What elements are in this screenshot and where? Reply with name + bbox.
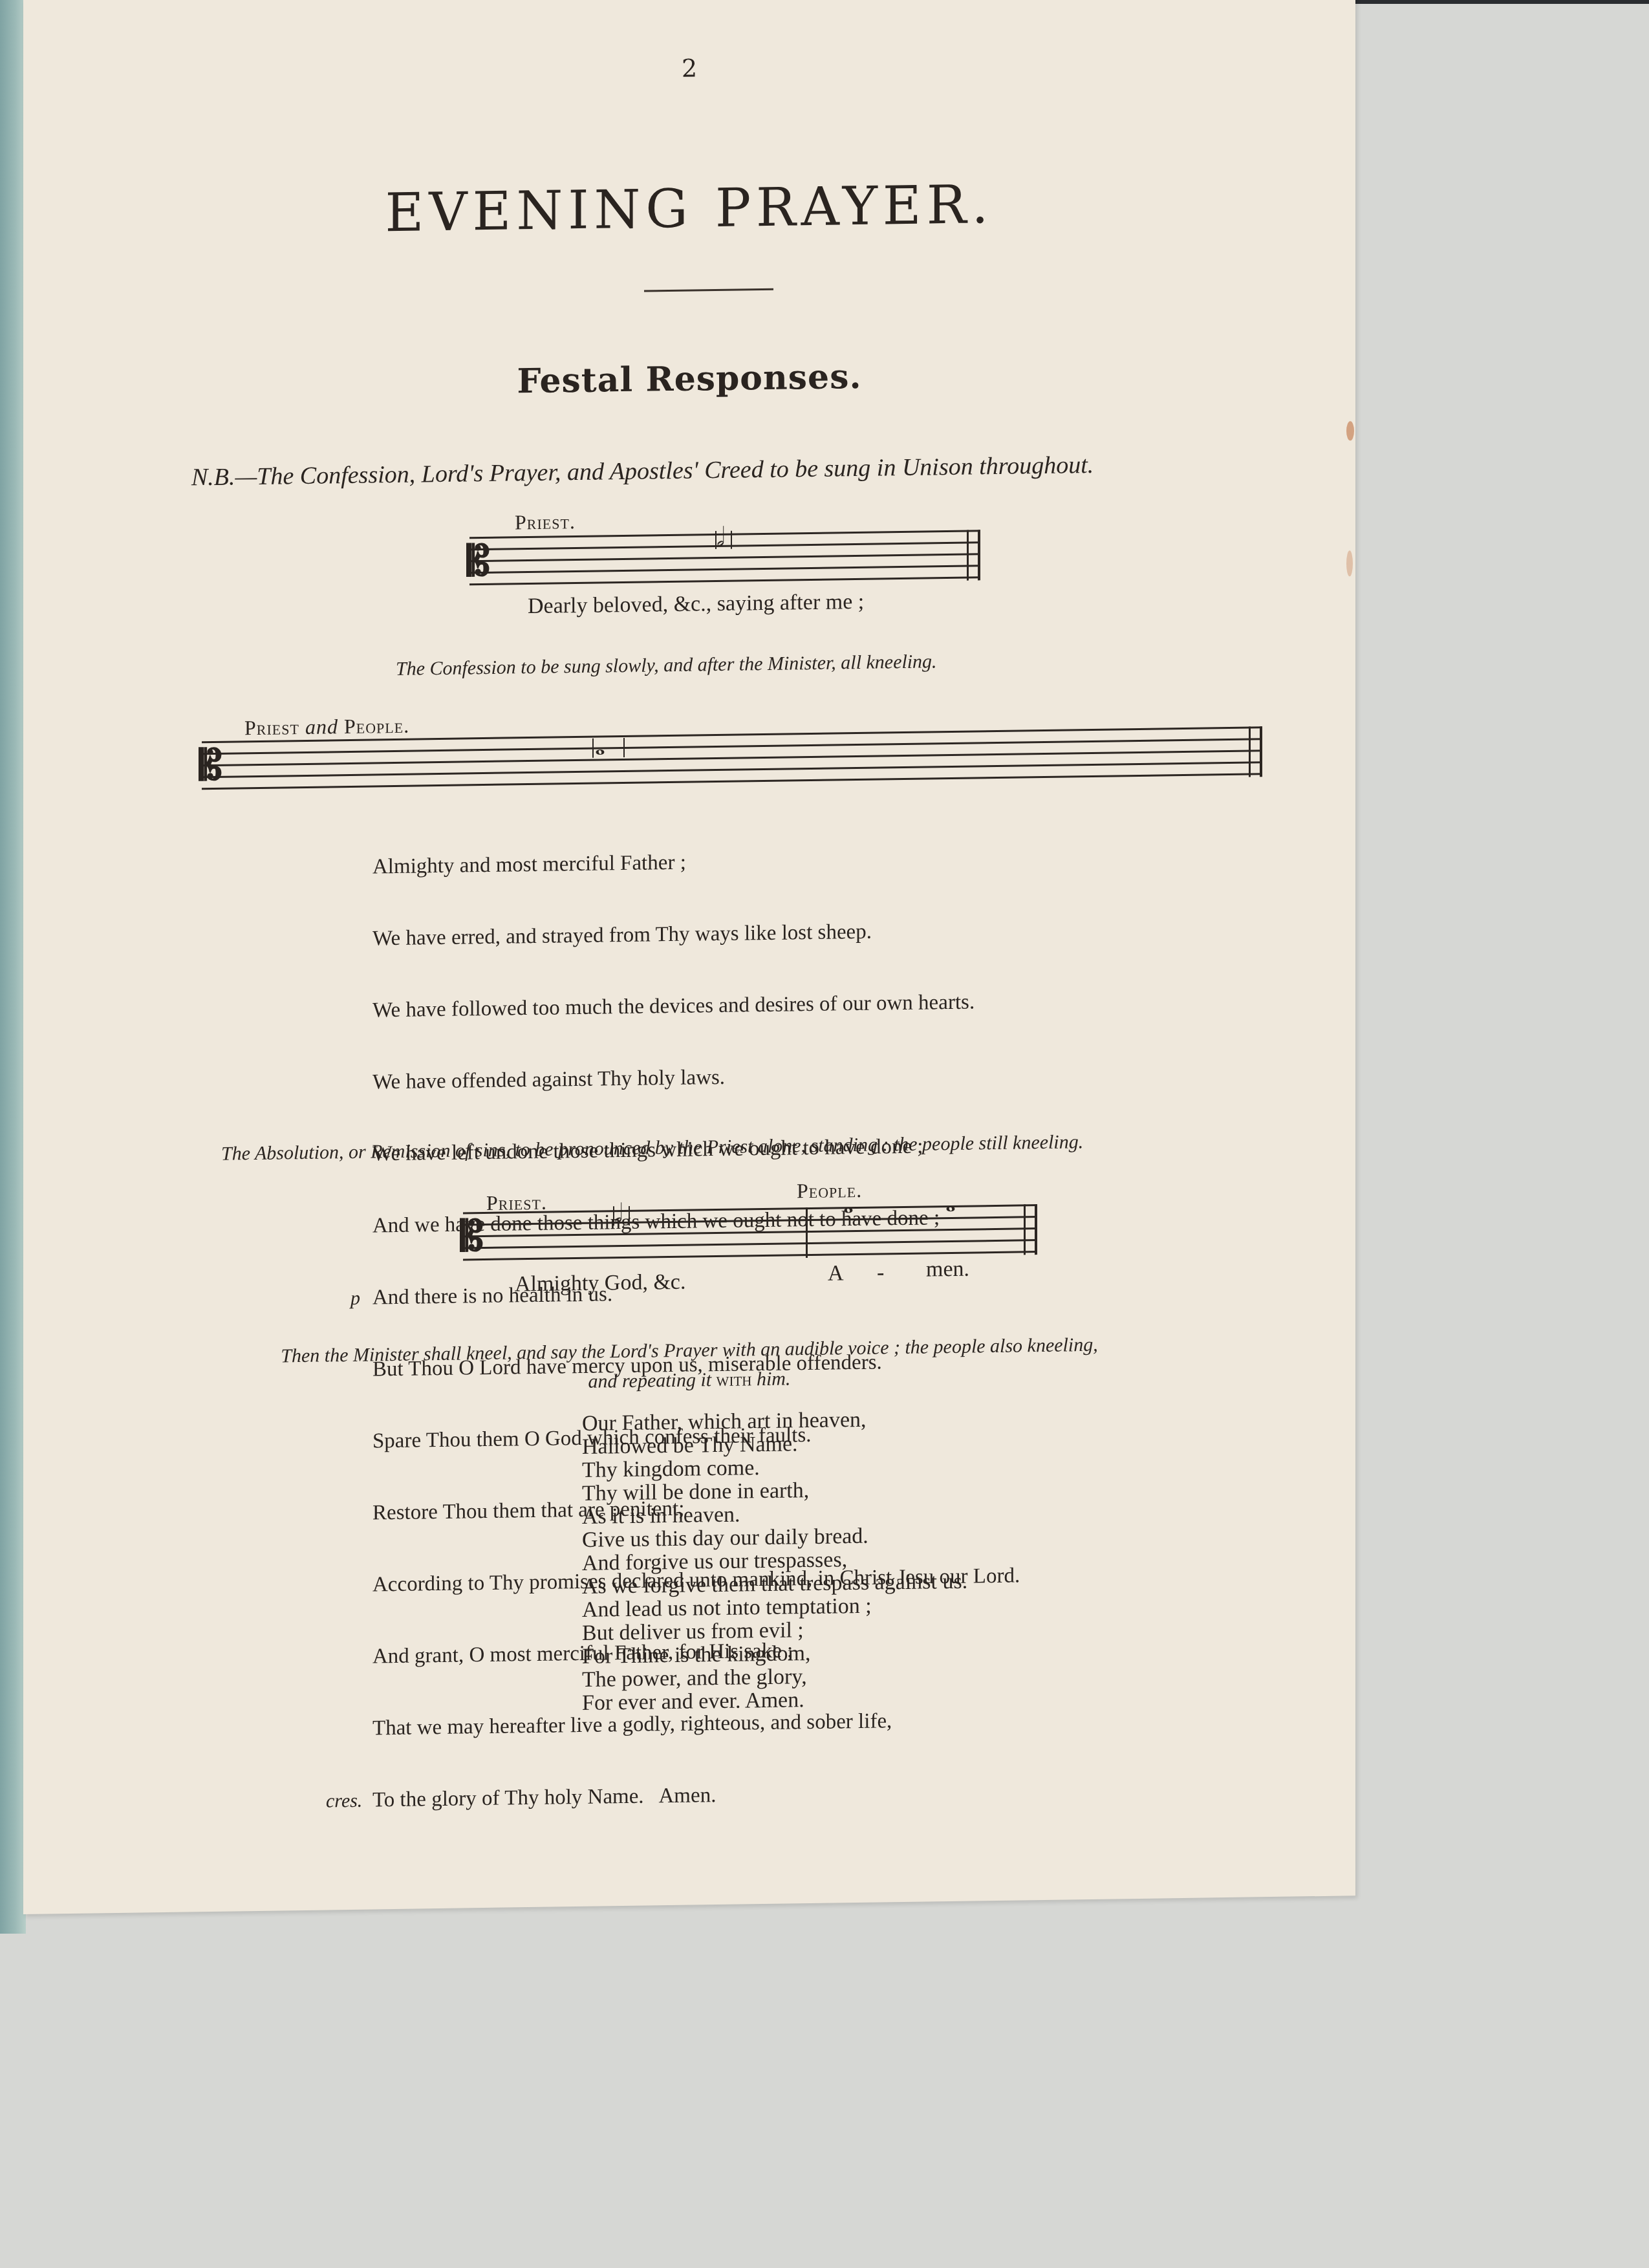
foxing-stain [1346, 421, 1354, 440]
lords-prayer-text: Our Father, which art in heaven, Hallowe… [582, 1407, 967, 1715]
verse-line: cres.To the glory of Thy holy Name. Amen… [372, 1779, 1020, 1812]
foxing-stain [1346, 550, 1353, 576]
amen-hyphen: - [877, 1260, 884, 1285]
verse-line: pAnd there is no health in us. [372, 1277, 1020, 1310]
whole-note-icon: 𝅝 [843, 1191, 854, 1217]
crescendo-marker: cres. [326, 1789, 362, 1813]
lords-prayer-instruction: Then the Minister shall kneel, and say t… [23, 1326, 1355, 1405]
half-note-icon: 𝅗𝅥 [614, 1201, 623, 1227]
c-clef-icon: 𝄡 [467, 541, 490, 582]
section-subtitle: Festal Responses. [23, 350, 1355, 408]
whole-note-icon: 𝅝 [945, 1190, 956, 1216]
priest-and-people-label: Priest and People. [244, 714, 409, 740]
page-number: 2 [23, 45, 1355, 92]
amen-syllable-a: A [828, 1261, 844, 1286]
document-page: 2 EVENING PRAYER. Festal Responses. N.B.… [23, 0, 1355, 1914]
priest-caption: Almighty God, &c. [515, 1270, 685, 1297]
piano-dynamic-marker: p [350, 1286, 360, 1310]
scanner-edge [1352, 0, 1649, 4]
verse-line: We have offended against Thy holy laws. [372, 1061, 1020, 1094]
half-note-icon: 𝅗𝅥 [717, 524, 725, 550]
priest-label: Priest. [515, 510, 576, 534]
c-clef-icon: 𝄡 [460, 1216, 484, 1257]
confession-instruction: The Confession to be sung slowly, and af… [396, 651, 937, 680]
page-title: EVENING PRAYER. [23, 169, 1355, 249]
breve-note-icon: 𝅝 [595, 733, 605, 759]
verse-line: We have erred, and strayed from Thy ways… [372, 918, 1020, 951]
absolution-music-staff: 𝄡 𝅗𝅥 𝅝 𝅝 [463, 1204, 1037, 1262]
final-barline [1024, 1204, 1037, 1255]
verse-line: We have followed too much the devices an… [372, 989, 1020, 1022]
book-spine-cover [0, 0, 26, 1934]
final-barline [967, 530, 980, 580]
nb-note: N.B.—The Confession, Lord's Prayer, and … [191, 451, 1094, 491]
verse-line: Almighty and most merciful Father ; [372, 846, 1020, 879]
amen-syllable-men: men. [926, 1257, 969, 1282]
final-barline [1249, 726, 1262, 777]
title-divider [644, 288, 773, 292]
barline [806, 1207, 808, 1258]
c-clef-icon: 𝄡 [199, 745, 222, 786]
intro-music-staff: 𝄡 𝅗𝅥 [469, 530, 980, 587]
intro-caption: Dearly beloved, &c., saying after me ; [528, 590, 864, 619]
